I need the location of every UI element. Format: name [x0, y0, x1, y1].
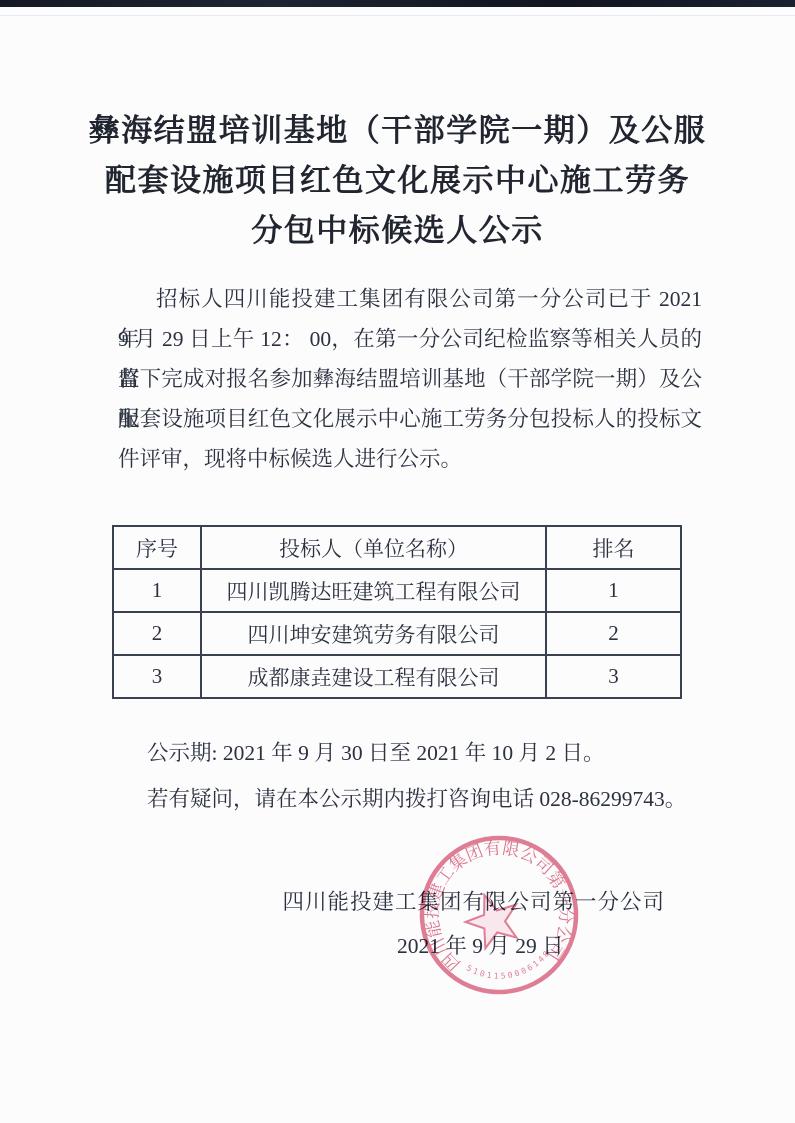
cell-rank: 1 [546, 569, 681, 612]
table-row: 1 四川凯腾达旺建筑工程有限公司 1 [113, 569, 681, 612]
contact-phone-line: 若有疑问，请在本公示期内拨打咨询电话 028-86299743。 [147, 782, 686, 813]
cell-bidder: 成都康垚建设工程有限公司 [201, 655, 546, 698]
table-row: 2 四川坤安建筑劳务有限公司 2 [113, 612, 681, 655]
cell-index: 2 [113, 612, 201, 655]
document-page: 彝海结盟培训基地（干部学院一期）及公服 配套设施项目红色文化展示中心施工劳务 分… [0, 0, 795, 1123]
bid-candidates-table: 序号 投标人（单位名称） 排名 1 四川凯腾达旺建筑工程有限公司 1 2 四川坤… [112, 525, 682, 699]
body-line: 配套设施项目红色文化展示中心施工劳务分包投标人的投标文 [118, 399, 702, 439]
signature-company: 四川能投建工集团有限公司第一分公司 [282, 885, 665, 916]
document-title: 彝海结盟培训基地（干部学院一期）及公服 配套设施项目红色文化展示中心施工劳务 分… [0, 106, 795, 256]
col-header-rank: 排名 [546, 526, 681, 569]
scan-artifact-top-strip [0, 0, 795, 7]
cell-bidder: 四川坤安建筑劳务有限公司 [201, 612, 546, 655]
scan-artifact-faint-line [0, 15, 795, 16]
col-header-bidder: 投标人（单位名称） [201, 526, 546, 569]
publicity-period-line: 公示期: 2021 年 9 月 30 日至 2021 年 10 月 2 日。 [147, 736, 604, 767]
col-header-index: 序号 [113, 526, 201, 569]
table-row: 3 成都康垚建设工程有限公司 3 [113, 655, 681, 698]
body-line: 督下完成对报名参加彝海结盟培训基地（干部学院一期）及公服 [118, 359, 702, 399]
signature-date: 2021 年 9 月 29 日 [397, 929, 564, 960]
cell-rank: 2 [546, 612, 681, 655]
cell-rank: 3 [546, 655, 681, 698]
body-line: 招标人四川能投建工集团有限公司第一分公司已于 2021 年 [118, 279, 702, 319]
cell-index: 3 [113, 655, 201, 698]
cell-bidder: 四川凯腾达旺建筑工程有限公司 [201, 569, 546, 612]
cell-index: 1 [113, 569, 201, 612]
body-line: 件评审，现将中标候选人进行公示。 [118, 439, 702, 479]
title-line-1: 彝海结盟培训基地（干部学院一期）及公服 [0, 106, 795, 156]
table-header-row: 序号 投标人（单位名称） 排名 [113, 526, 681, 569]
body-line: 9 月 29 日上午 12： 00，在第一分公司纪检监察等相关人员的监 [118, 319, 702, 359]
body-paragraph: 招标人四川能投建工集团有限公司第一分公司已于 2021 年 9 月 29 日上午… [118, 279, 702, 479]
title-line-2: 配套设施项目红色文化展示中心施工劳务 [0, 156, 795, 206]
title-line-3: 分包中标候选人公示 [0, 206, 795, 256]
